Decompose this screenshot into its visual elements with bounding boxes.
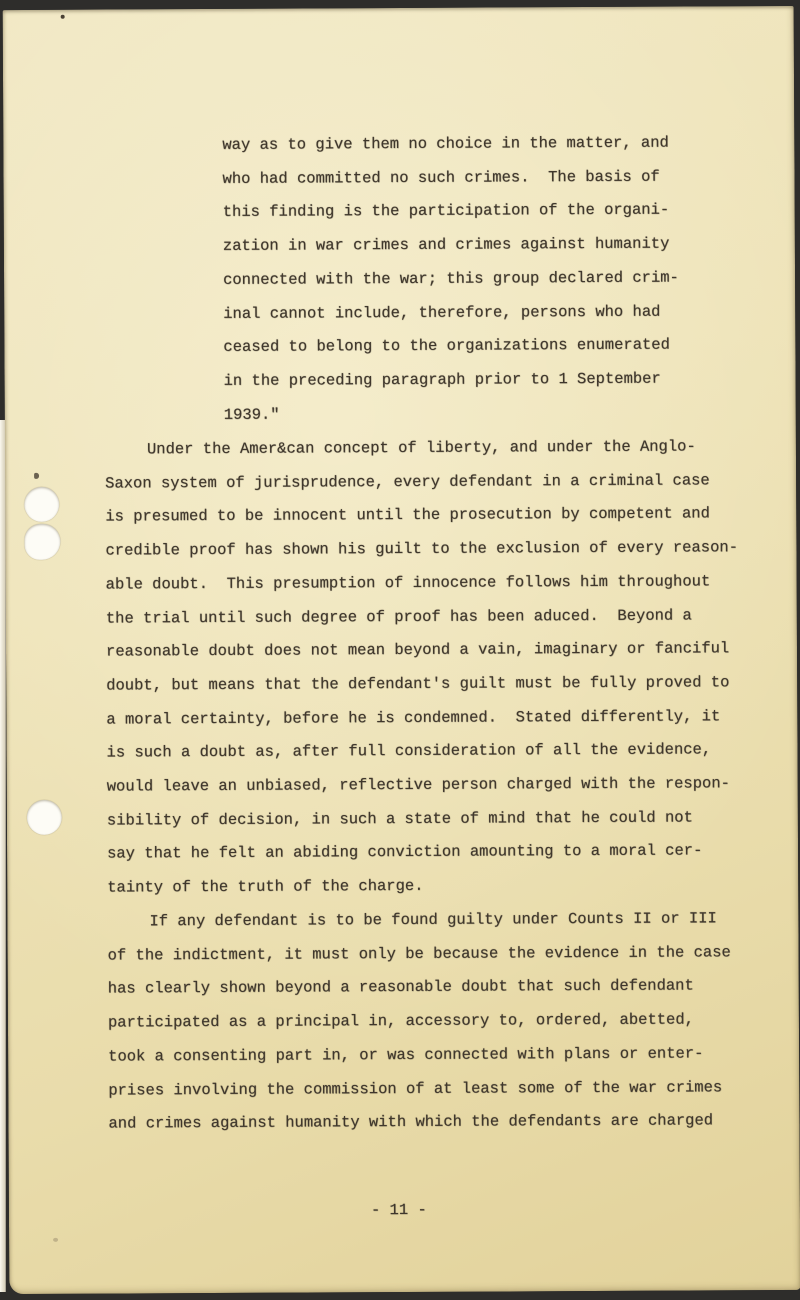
text-line: prises involving the commission of at le…	[108, 1071, 731, 1108]
text-line: connected with the war; this group decla…	[223, 261, 679, 297]
text-line: 1939."	[224, 396, 680, 432]
text-line: would leave an unbiased, reflective pers…	[107, 767, 740, 804]
ink-speck	[61, 15, 65, 19]
text-line: doubt, but means that the defendant's gu…	[106, 666, 739, 703]
text-line: in the preceding paragraph prior to 1 Se…	[224, 362, 680, 398]
scanned-document-background: way as to give them no choice in the mat…	[0, 0, 800, 1300]
hole-punch	[24, 487, 59, 522]
text-line: If any defendant is to be found guilty u…	[107, 902, 730, 939]
text-line: of the indictment, it must only be becau…	[108, 936, 731, 973]
page-number: - 11 -	[371, 1194, 427, 1228]
hole-punch	[27, 800, 62, 835]
text-line: participated as a principal in, accessor…	[108, 1003, 731, 1040]
ink-speck	[53, 1238, 58, 1242]
text-line: zation in war crimes and crimes against …	[223, 228, 679, 264]
text-line: Saxon system of jurisprudence, every def…	[105, 464, 738, 501]
text-line: inal cannot include, therefore, persons …	[223, 295, 679, 331]
text-line: ceased to belong to the organizations en…	[223, 329, 679, 365]
text-line: is such a doubt as, after full considera…	[106, 734, 739, 771]
hole-punch	[24, 524, 60, 560]
text-line: and crimes against humanity with which t…	[108, 1104, 731, 1141]
document-page: way as to give them no choice in the mat…	[3, 6, 800, 1294]
text-line: way as to give them no choice in the mat…	[222, 127, 678, 163]
text-line: has clearly shown beyond a reasonable do…	[108, 970, 731, 1007]
paragraph-presumption-of-innocence: Under the Amer&can concept of liberty, a…	[105, 430, 740, 905]
text-line: credible proof has shown his guilt to th…	[105, 531, 738, 568]
text-line: Under the Amer&can concept of liberty, a…	[105, 430, 738, 467]
text-line: a moral certainty, before he is condemne…	[106, 700, 739, 737]
ink-speck	[34, 473, 39, 479]
text-line: say that he felt an abiding conviction a…	[107, 835, 740, 872]
text-line: tainty of the truth of the charge.	[107, 868, 740, 905]
text-line: this finding is the participation of the…	[223, 194, 679, 230]
text-line: the trial until such degree of proof has…	[106, 599, 739, 636]
text-line: who had committed no such crimes. The ba…	[222, 160, 678, 196]
text-line: reasonable doubt does not mean beyond a …	[106, 632, 739, 669]
block-quote: way as to give them no choice in the mat…	[222, 127, 679, 433]
text-line: is presumed to be innocent until the pro…	[105, 498, 738, 535]
text-line: sibility of decision, in such a state of…	[107, 801, 740, 838]
paragraph-guilt-standard: If any defendant is to be found guilty u…	[107, 902, 731, 1141]
text-line: able doubt. This presumption of innocenc…	[106, 565, 739, 602]
text-line: took a consenting part in, or was connec…	[108, 1037, 731, 1074]
